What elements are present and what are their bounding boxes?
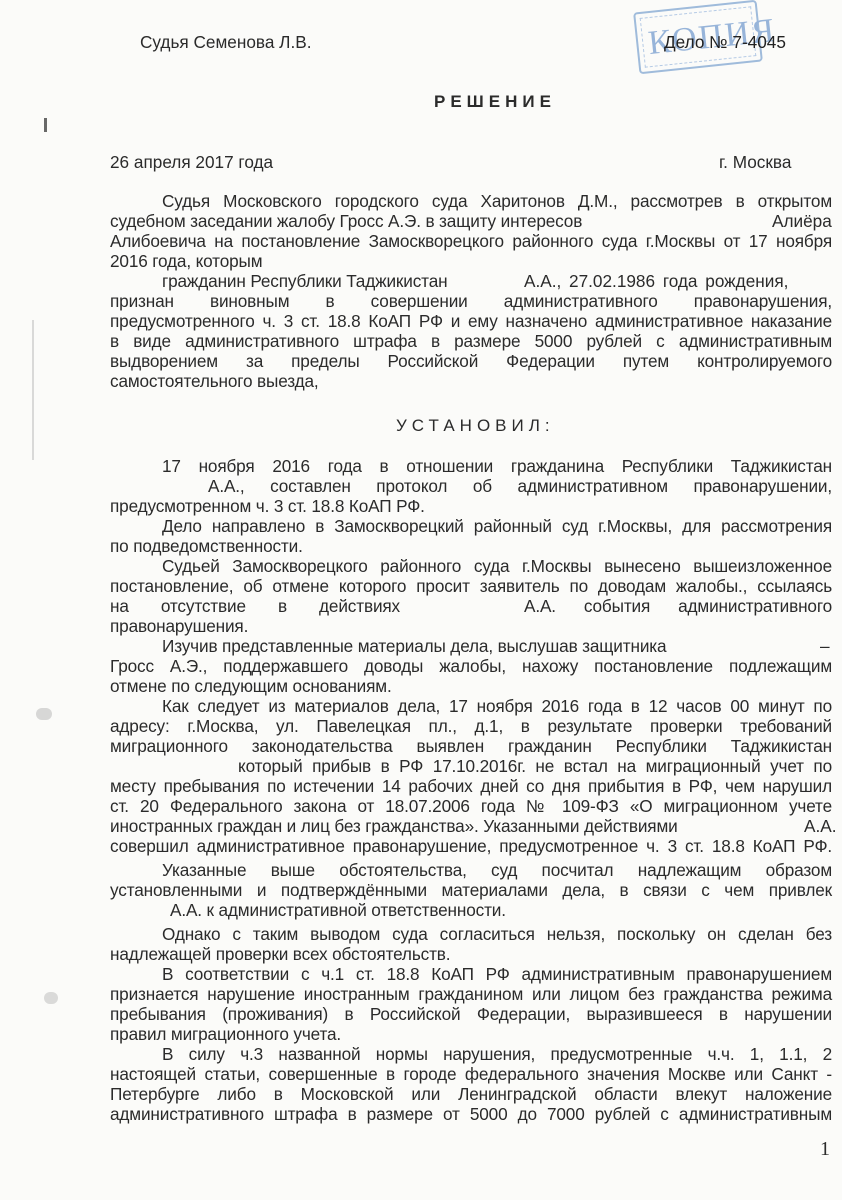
document-title: РЕШЕНИЕ — [434, 92, 556, 112]
intro-line: 2016 года, которым — [110, 251, 832, 271]
intro-line: судебном заседании жалобу Гросс А.Э. в з… — [110, 211, 515, 231]
body-line: Изучив представленные материалы дела, вы… — [162, 636, 832, 656]
page-number: 1 — [820, 1138, 830, 1161]
body-line: который прибыв в РФ 17.10.2016г. не вста… — [238, 756, 832, 776]
intro-line: Алибоевича на постановление Замоскворецк… — [110, 231, 832, 251]
body-line: пребывания (проживания) в Российской Фед… — [110, 1004, 832, 1024]
body-line: правил миграционного учета. — [110, 1024, 832, 1044]
body-line: В силу ч.3 названной нормы нарушения, пр… — [162, 1044, 832, 1064]
body-line: Судьей Замоскворецкого районного суда г.… — [162, 556, 832, 576]
body-line: установленными и подтверждёнными материа… — [110, 880, 832, 900]
body-line: признается нарушение иностранным граждан… — [110, 984, 832, 1004]
body-line: А.А., составлен протокол об администрати… — [208, 476, 832, 496]
body-line: миграционного законодательства выявлен г… — [110, 736, 832, 756]
body-line: постановление, об отмене которого просит… — [110, 576, 832, 596]
body-line: иностранных граждан и лиц без гражданств… — [110, 816, 832, 836]
intro-line: гражданин Республики Таджикистан — [162, 271, 440, 291]
document-date: 26 апреля 2017 года — [110, 152, 273, 172]
body-line: В соответствии с ч.1 ст. 18.8 КоАП РФ ад… — [162, 964, 832, 984]
intro-line: Судья Московского городского суда Харито… — [162, 191, 832, 211]
body-line: Указанные выше обстоятельства, суд посчи… — [162, 860, 832, 880]
binding-hole-icon — [36, 708, 52, 720]
body-line: А.А. к административной ответственности. — [170, 900, 842, 920]
body-line: предусмотренном ч. 3 ст. 18.8 КоАП РФ. — [110, 496, 832, 516]
body-line: Как следует из материалов дела, 17 ноябр… — [162, 696, 832, 716]
body-line: Дело направлено в Замоскворецкий районны… — [162, 516, 832, 536]
body-line: Однако с таким выводом суда согласиться … — [162, 924, 832, 944]
binding-hole-icon — [44, 992, 58, 1004]
body-line: адресу: г.Москва, ул. Павелецкая пл., д.… — [110, 716, 832, 736]
intro-line: признан виновным в совершении администра… — [110, 291, 832, 311]
body-line: Петербурге либо в Московской или Ленингр… — [110, 1084, 832, 1104]
body-line: Гросс А.Э., поддержавшего доводы жалобы,… — [110, 656, 832, 676]
body-line: 17 ноября 2016 года в отношении граждани… — [162, 456, 832, 476]
body-line: А.А. — [804, 816, 836, 836]
intro-line: выдворением за пределы Российской Федера… — [110, 351, 832, 371]
body-line: месту пребывания по истечении 14 рабочих… — [110, 776, 832, 796]
intro-line: А.А., 27.02.1986 года рождения, — [524, 271, 788, 291]
binding-mark — [32, 320, 34, 460]
body-line: по подведомственности. — [110, 536, 832, 556]
body-line: на отсутствие в действиях — [110, 596, 400, 616]
binding-mark — [44, 118, 47, 132]
intro-line: самостоятельного выезда, — [110, 371, 832, 391]
body-line: настоящей статьи, совершенные в городе ф… — [110, 1064, 832, 1084]
document-city: г. Москва — [719, 152, 791, 172]
intro-line: в виде административного штрафа в размер… — [110, 331, 832, 351]
body-line: ст. 20 Федерального закона от 18.07.2006… — [110, 796, 832, 816]
body-line: – — [820, 636, 830, 656]
judge-name: Судья Семенова Л.В. — [140, 32, 311, 52]
intro-line: предусмотренного ч. 3 ст. 18.8 КоАП РФ и… — [110, 311, 832, 331]
intro-line: Алиёра — [772, 211, 832, 231]
body-line: административного штрафа в размере от 50… — [110, 1104, 832, 1124]
case-number: Дело № 7-4045 — [664, 32, 786, 52]
body-line: правонарушения. — [110, 616, 832, 636]
body-line: совершил административное правонарушение… — [110, 836, 832, 856]
body-line: надлежащей проверки всех обстоятельств. — [110, 944, 832, 964]
section-heading: УСТАНОВИЛ: — [396, 416, 555, 436]
document-page: Судья Семенова Л.В. КОПИЯ Дело № 7-4045 … — [0, 0, 842, 1200]
body-line: А.А. события административного — [524, 596, 832, 616]
body-line: отмене по следующим основаниям. — [110, 676, 832, 696]
